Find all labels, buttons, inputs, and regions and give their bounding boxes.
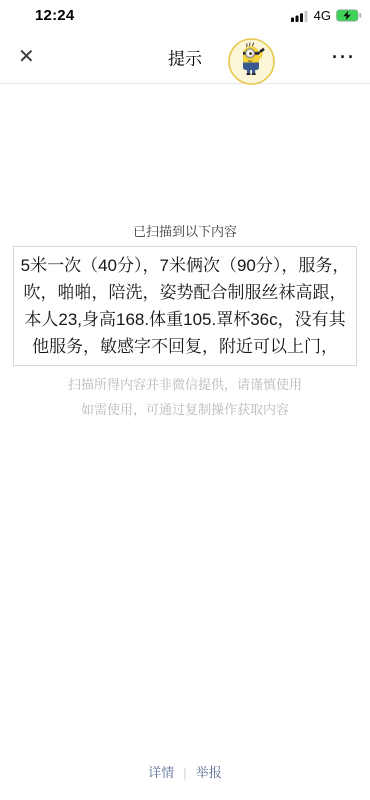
page-title: 提示 xyxy=(168,44,202,69)
disclaimer-line-2: 如需使用，可通过复制操作获取内容 xyxy=(0,397,370,422)
more-icon[interactable]: ··· xyxy=(332,48,356,66)
battery-charging-icon xyxy=(336,9,362,22)
minion-avatar-image xyxy=(228,38,275,85)
report-link[interactable]: 举报 xyxy=(196,765,222,780)
avatar[interactable] xyxy=(228,38,275,85)
network-label: 4G xyxy=(314,8,331,23)
status-time: 12:24 xyxy=(35,7,74,24)
scan-result-heading: 已扫描到以下内容 xyxy=(0,221,370,240)
nav-bar: ✕ 提示 ··· xyxy=(0,30,370,84)
close-icon[interactable]: ✕ xyxy=(18,47,35,67)
disclaimer-line-1: 扫描所得内容并非微信提供，请谨慎使用 xyxy=(0,372,370,397)
details-link[interactable]: 详情 xyxy=(148,765,174,780)
footer-divider: | xyxy=(183,765,186,780)
status-bar: 12:24 4G xyxy=(0,0,370,30)
disclaimer: 扫描所得内容并非微信提供，请谨慎使用 如需使用，可通过复制操作获取内容 xyxy=(0,372,370,422)
signal-bars-icon xyxy=(291,10,309,22)
wechat-scan-result-page: 12:24 4G ✕ 提示 ··· xyxy=(0,0,370,800)
scanned-content-box[interactable]: 5米一次（40分），7米俩次（90分），服务，吹，啪啪，陪洗，姿势配合制服丝袜高… xyxy=(13,246,357,366)
status-indicators: 4G xyxy=(291,8,362,23)
footer-actions: 详情|举报 xyxy=(0,762,370,781)
